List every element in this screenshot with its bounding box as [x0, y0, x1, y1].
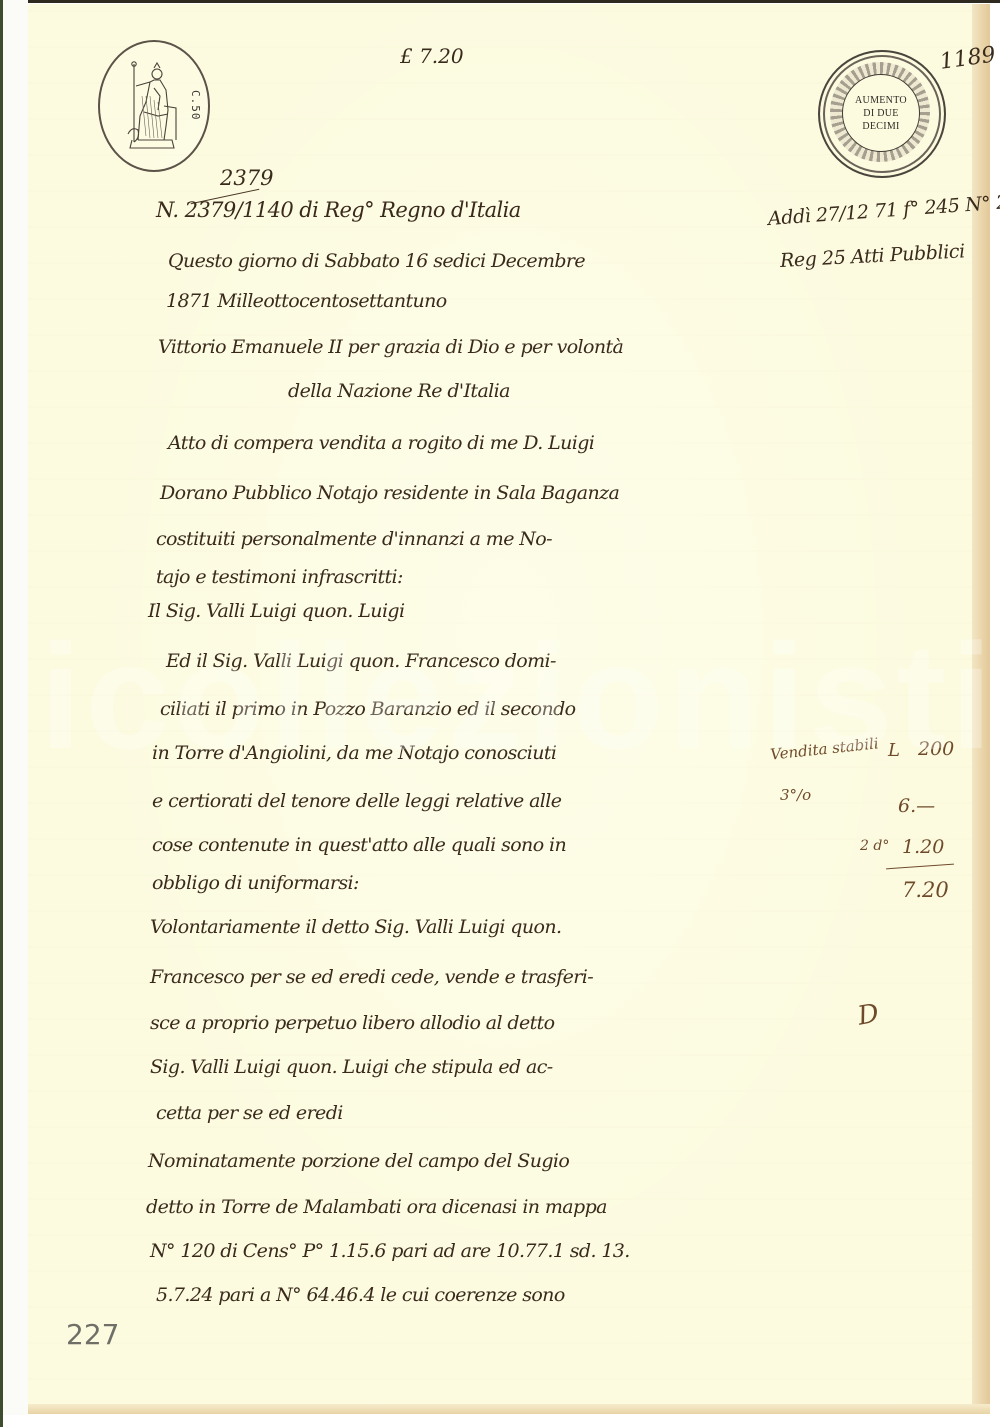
margin-row-3-amount: 1.20 — [902, 836, 944, 858]
margin-row-1-amount: 200 — [918, 738, 954, 760]
document-line-22: Nominatamente porzione del campo del Sug… — [148, 1150, 569, 1172]
margin-row-1-label: L — [888, 740, 900, 761]
margin-row-2-label: 3°/o — [780, 786, 811, 804]
document-line-5: della Nazione Re d'Italia — [288, 380, 510, 402]
scan-top-edge — [0, 0, 1000, 3]
stamp-line-1: AUMENTO — [855, 94, 907, 107]
margin-row-2-amount: 6.— — [898, 795, 935, 817]
margin-total: 7.20 — [902, 878, 949, 902]
document-line-18: Francesco per se ed eredi cede, vende e … — [150, 966, 593, 988]
document-line-24: N° 120 di Cens° P° 1.15.6 pari ad are 10… — [150, 1240, 630, 1262]
document-line-4: Vittorio Emanuele II per grazia di Dio e… — [158, 336, 623, 358]
document-line-1: N. 2379/1140 di Reg° Regno d'Italia — [156, 198, 521, 222]
stamp-value: C.50 — [189, 90, 202, 121]
document-line-13: in Torre d'Angiolini, da me Notajo conos… — [152, 742, 556, 764]
surcharge-stamp: AUMENTO DI DUE DECIMI — [818, 50, 946, 178]
stamp-text: AUMENTO DI DUE DECIMI — [842, 74, 920, 152]
archive-number-pencil: 227 — [66, 1318, 119, 1351]
document-line-11: Ed il Sig. Valli Luigi quon. Francesco d… — [166, 650, 556, 672]
scan-margin — [3, 0, 28, 1415]
document-line-6: Atto di compera vendita a rogito di me D… — [168, 432, 594, 454]
seated-italia-figure-icon — [124, 56, 180, 156]
document-line-8: costituiti personalmente d'innanzi a me … — [156, 528, 552, 550]
document-line-20: Sig. Valli Luigi quon. Luigi che stipula… — [150, 1056, 553, 1078]
document-line-16: obbligo di uniformarsi: — [152, 872, 359, 894]
document-line-21: cetta per se ed eredi — [156, 1102, 343, 1124]
stamp-line-2: DI DUE — [863, 107, 898, 120]
document-line-3: 1871 Milleottocentosettantuno — [166, 290, 447, 312]
document-line-7: Dorano Pubblico Notajo residente in Sala… — [160, 482, 619, 504]
document-line-14: e certiorati del tenore delle leggi rela… — [152, 790, 561, 812]
document-line-15: cose contenute in quest'atto alle quali … — [152, 834, 566, 856]
document-line-23: detto in Torre de Malambati ora dicenasi… — [146, 1196, 607, 1218]
document-line-12: ciliati il primo in Pozzo Baranzio ed il… — [160, 698, 576, 720]
header-amount: £ 7.20 — [400, 44, 464, 68]
document-line-17: Volontariamente il detto Sig. Valli Luig… — [150, 916, 561, 938]
margin-row-3-label: 2 d° — [860, 838, 889, 854]
stamp-line-3: DECIMI — [862, 120, 899, 133]
deed-number-upper: 2379 — [220, 166, 273, 190]
document-line-2: Questo giorno di Sabbato 16 sedici Decem… — [168, 250, 585, 272]
paper-edge-bottom — [28, 1404, 990, 1414]
revenue-stamp-italia: C.50 — [98, 40, 210, 172]
document-line-19: sce a proprio perpetuo libero allodio al… — [150, 1012, 555, 1034]
document-line-10: Il Sig. Valli Luigi quon. Luigi — [148, 600, 404, 622]
document-line-25: 5.7.24 pari a N° 64.46.4 le cui coerenze… — [156, 1284, 565, 1306]
document-line-9: tajo e testimoni infrascritti: — [156, 566, 403, 588]
